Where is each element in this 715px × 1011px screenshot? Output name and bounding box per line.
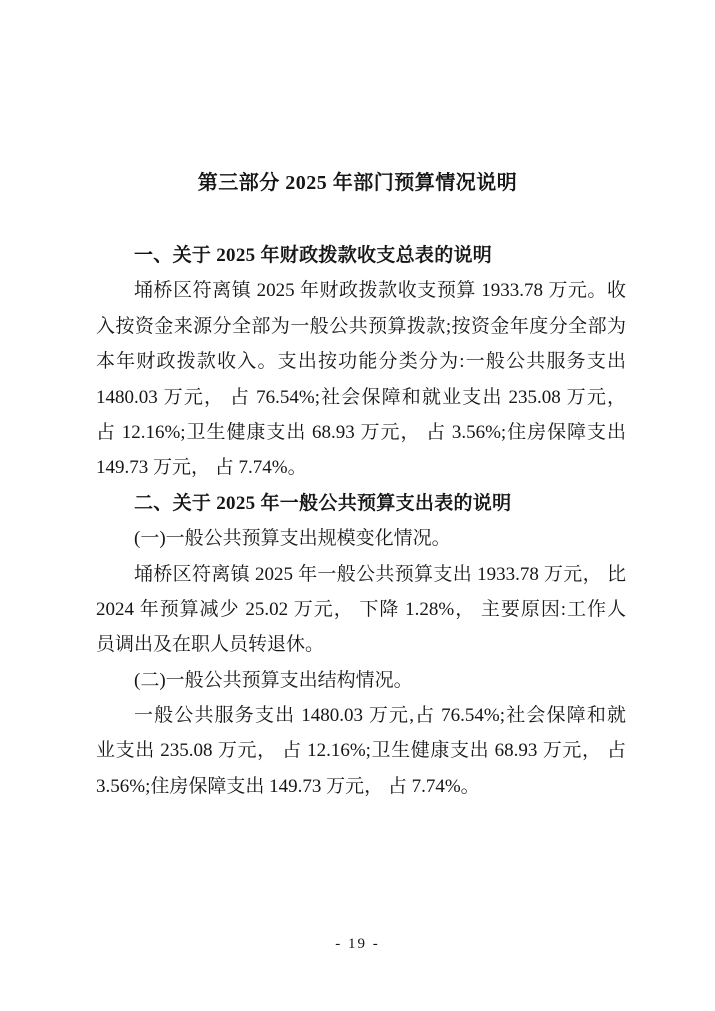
section-heading: 一、关于 2025 年财政拨款收支总表的说明 [96, 238, 626, 273]
document-page: 第三部分 2025 年部门预算情况说明 一、关于 2025 年财政拨款收支总表的… [0, 0, 715, 1011]
paragraph-line: 2024 年预算减少 25.02 万元， 下降 1.28%， 主要原因:工作人 [96, 592, 626, 627]
paragraph-line: 占 12.16%;卫生健康支出 68.93 万元， 占 3.56%;住房保障支出 [96, 415, 626, 450]
page-number: - 19 - [0, 933, 715, 955]
paragraph-line: 埇桥区符离镇 2025 年一般公共预算支出 1933.78 万元， 比 [96, 557, 626, 592]
paragraph-line: 入按资金来源分全部为一般公共预算拨款;按资金年度分全部为 [96, 309, 626, 344]
page-title: 第三部分 2025 年部门预算情况说明 [0, 168, 715, 198]
document-body: 一、关于 2025 年财政拨款收支总表的说明埇桥区符离镇 2025 年财政拨款收… [96, 238, 626, 804]
paragraph-line: 员调出及在职人员转退休。 [96, 627, 626, 662]
paragraph-line: 一般公共服务支出 1480.03 万元,占 76.54%;社会保障和就 [96, 698, 626, 733]
paragraph-line: 业支出 235.08 万元， 占 12.16%;卫生健康支出 68.93 万元，… [96, 733, 626, 768]
paragraph-line: 本年财政拨款收入。支出按功能分类分为:一般公共服务支出 [96, 344, 626, 379]
section-heading: 二、关于 2025 年一般公共预算支出表的说明 [96, 486, 626, 521]
subsection-heading: (二)一般公共预算支出结构情况。 [96, 663, 626, 698]
paragraph-line: 1480.03 万元， 占 76.54%;社会保障和就业支出 235.08 万元… [96, 380, 626, 415]
subsection-heading: (一)一般公共预算支出规模变化情况。 [96, 521, 626, 556]
paragraph-line: 149.73 万元， 占 7.74%。 [96, 450, 626, 485]
paragraph-line: 埇桥区符离镇 2025 年财政拨款收支预算 1933.78 万元。收 [96, 273, 626, 308]
paragraph-line: 3.56%;住房保障支出 149.73 万元， 占 7.74%。 [96, 769, 626, 804]
